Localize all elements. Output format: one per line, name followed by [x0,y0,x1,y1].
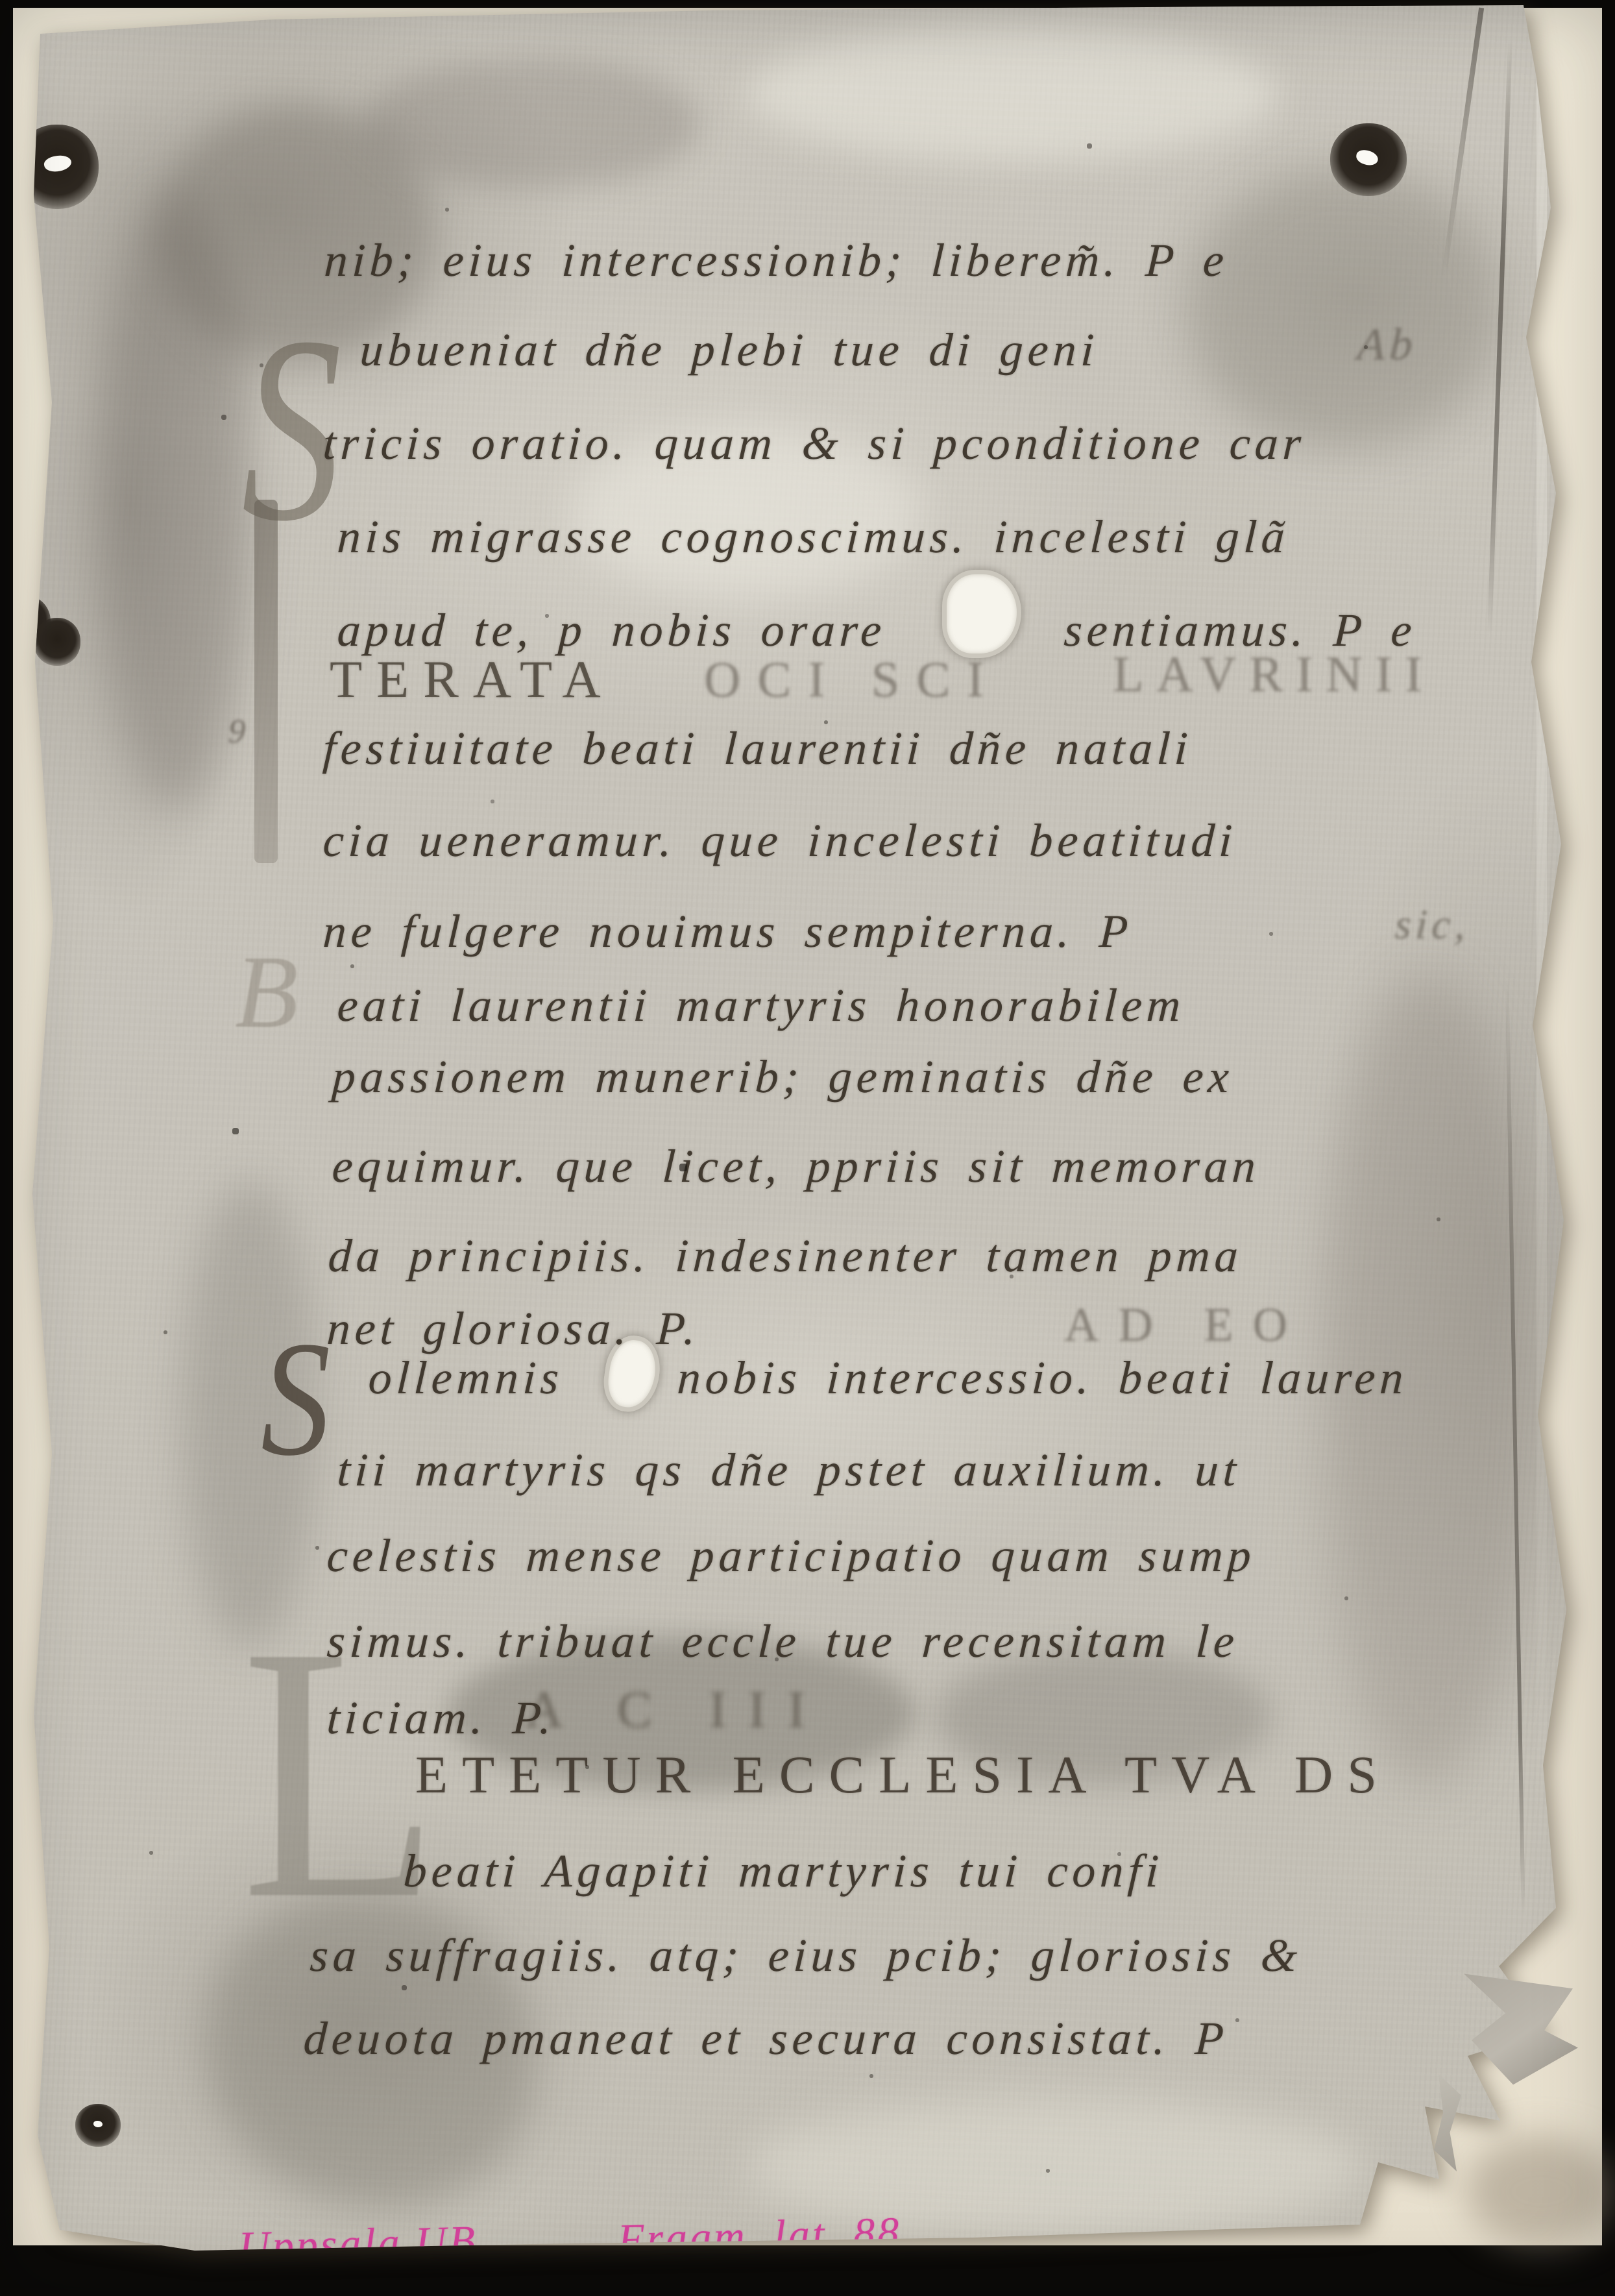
annotation-shelfmark: Fragm. lat. 88 [617,2208,902,2264]
text-line-3: tricis oratio. quam & si pconditione car [322,417,1307,470]
text-line-1: nib; eius intercessionib; liberem̃. P e [323,234,1230,287]
highlight-top [746,26,1278,162]
binding-hole-bottom-left-core [93,2121,103,2127]
photo-frame: S B S L nib; eius intercessionib; libere… [0,0,1615,2296]
parchment-hole-1 [942,570,1021,658]
text-line-21: beati Agapiti martyris tui confi [402,1844,1165,1898]
binding-hole-top-left [16,125,99,209]
text-line-8: cia ueneramur. que incelesti beatitudi [322,814,1238,868]
text-line-4: nis migrasse cognoscimus. incelesti glã [336,510,1291,564]
marginal-mark: 9 [227,713,250,751]
text-line-13: da principiis. indesinenter tamen pma [327,1229,1244,1283]
binding-hole-left-c [0,1442,31,1482]
faded-mark-ab: Ab [1356,319,1418,371]
faded-rubric-laurinii: LAVRINII [1113,645,1435,703]
binding-hole-top-right [1330,123,1407,196]
text-line-2: ubueniat dñe plebi tue di geni [359,323,1100,377]
text-line-15a: ollemnis [367,1351,565,1405]
stain-top-center [363,58,701,188]
text-line-20-laetetur: ETETUR ECCLESIA TVA DS [415,1744,1391,1805]
binding-hole-bottom-left [75,2104,121,2147]
text-line-7: festiuitate beati laurentii dñe natali [322,722,1194,776]
text-line-6-iterata: TERATA [330,649,615,710]
fold-highlight [1536,58,1547,1875]
faded-rubric-ad-eo: AD EO [1064,1298,1307,1353]
text-line-17: celestis mense participatio quam sump [326,1529,1257,1583]
faded-rubric-oci-sci: OCI SCI [704,650,1001,709]
binding-hole-top-left-core [43,153,73,174]
text-line-9: ne fulgere nouimus sempiterna. P [322,905,1134,959]
text-line-18: simus. tribuat eccle tue recensitam le [326,1615,1240,1668]
annotation-library: Uppsala UB. [238,2216,492,2272]
ink-speckles [0,0,1,1]
text-line-19: ticiam. P. [326,1691,557,1745]
parchment-leaf: S B S L nib; eius intercessionib; libere… [0,0,1615,2296]
initial-b-beati: B [235,940,298,1044]
faded-rubric-smudged: A C III [526,1681,827,1740]
text-line-12: equimur. que licet, ppriis sit memoran [331,1140,1261,1193]
text-line-23: deuota pmaneat et secura consistat. P [302,2012,1230,2066]
text-line-10: eati laurentii martyris honorabilem [336,979,1187,1032]
faded-mark-sic: sic, [1394,901,1471,949]
binding-hole-top-right-core [1355,149,1379,167]
text-line-22: sa suffragiis. atq; eius pcib; gloriosis… [309,1929,1303,1983]
text-line-16: tii martyris qs dñe pstet auxilium. ut [336,1443,1242,1497]
text-line-14: net gloriosa. P. [326,1302,701,1356]
binding-hole-left-b [34,618,80,666]
parchment-wrapper: S B S L nib; eius intercessionib; libere… [0,0,1615,2296]
initial-i-iterata [254,500,278,863]
initial-s-sollemnis: S [261,1316,331,1481]
text-line-15b: nobis intercessio. beati lauren [676,1351,1409,1405]
text-line-11: passionem munerib; geminatis dñe ex [331,1050,1235,1104]
